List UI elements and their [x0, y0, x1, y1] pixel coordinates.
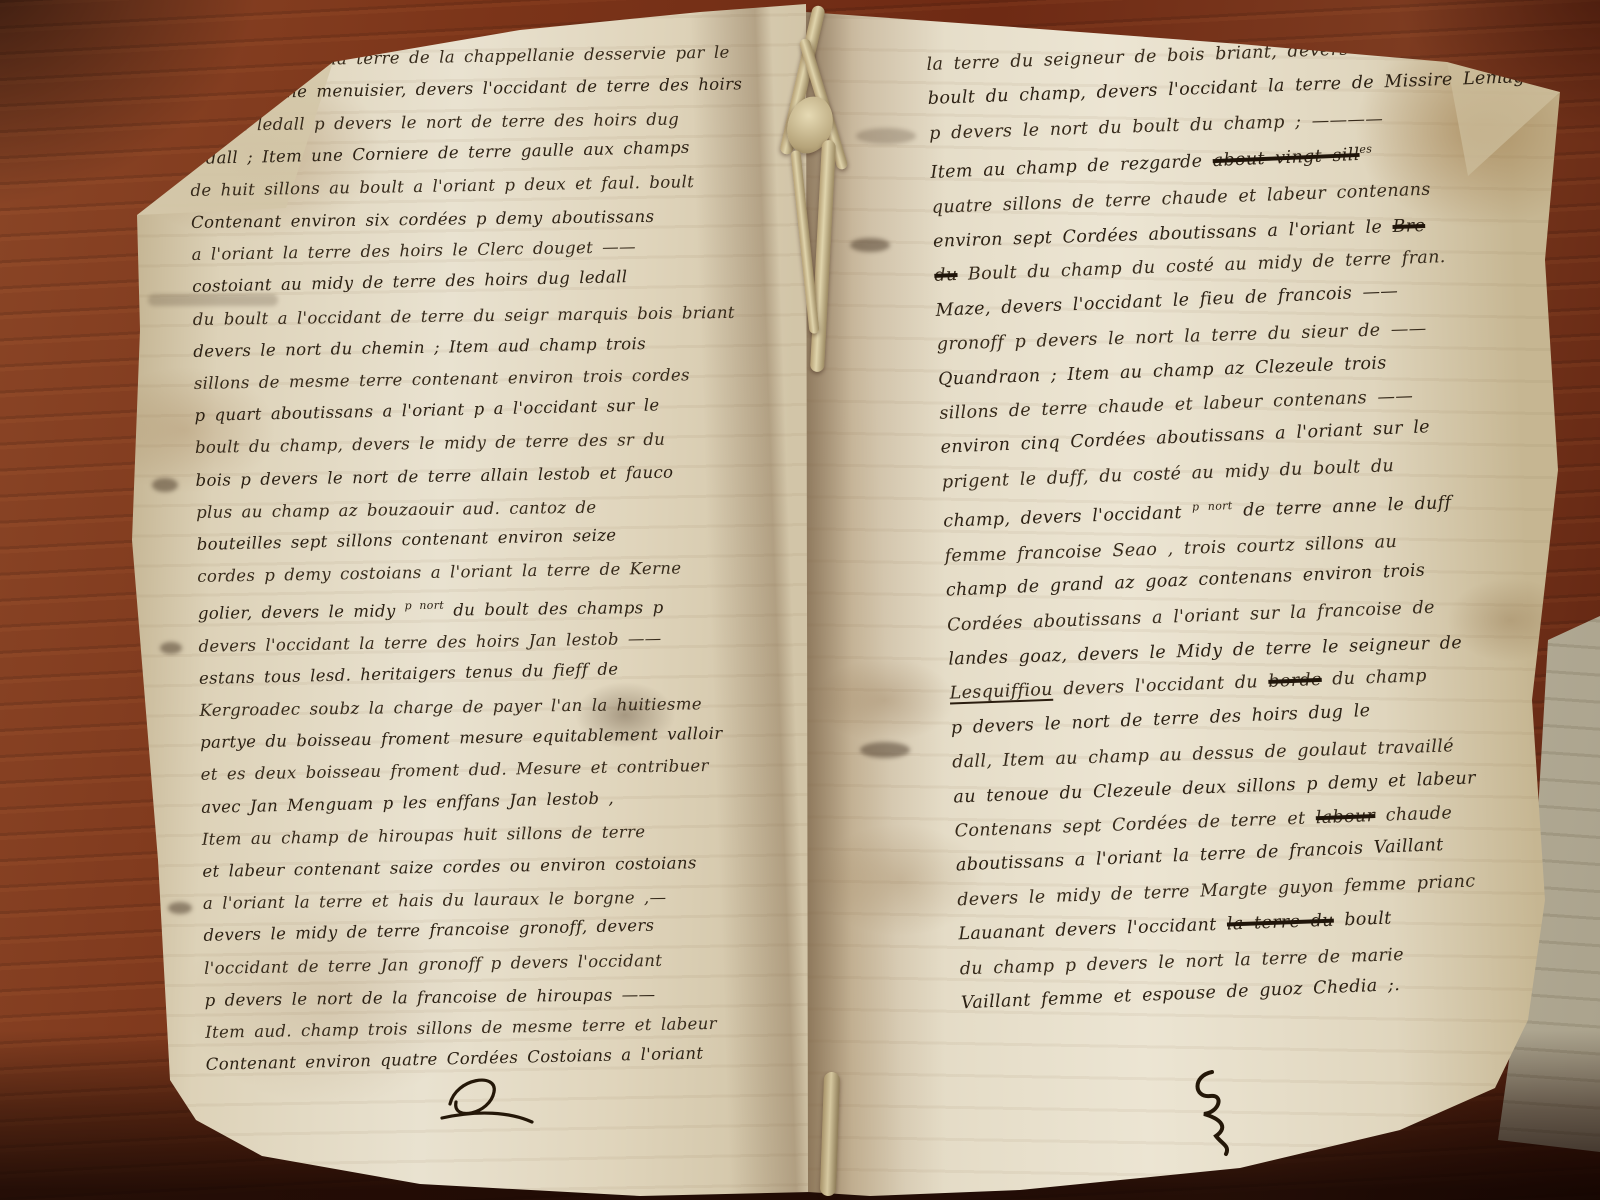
- left-page-text: devers le midy la terre de la chappellan…: [188, 36, 759, 1081]
- ink-smudge: [860, 742, 910, 758]
- manuscript-photo: 40 devers le midy la terre de la chappel…: [0, 0, 1600, 1200]
- ink-smudge: [152, 478, 178, 492]
- ink-smudge: [856, 128, 916, 144]
- paraph-icon: [436, 1070, 546, 1140]
- manuscript-line: golier, devers le midy p nort du boult d…: [198, 586, 752, 630]
- manuscript-line: du boult a l'occidant de terre du seigr …: [193, 296, 747, 335]
- paraph-icon: [1182, 1066, 1252, 1161]
- ink-smudge: [850, 238, 890, 252]
- ink-smudge: [160, 642, 182, 654]
- right-page-text: la terre du seigneur de bois briant, dev…: [926, 25, 1590, 1021]
- ink-smudge: [168, 902, 192, 914]
